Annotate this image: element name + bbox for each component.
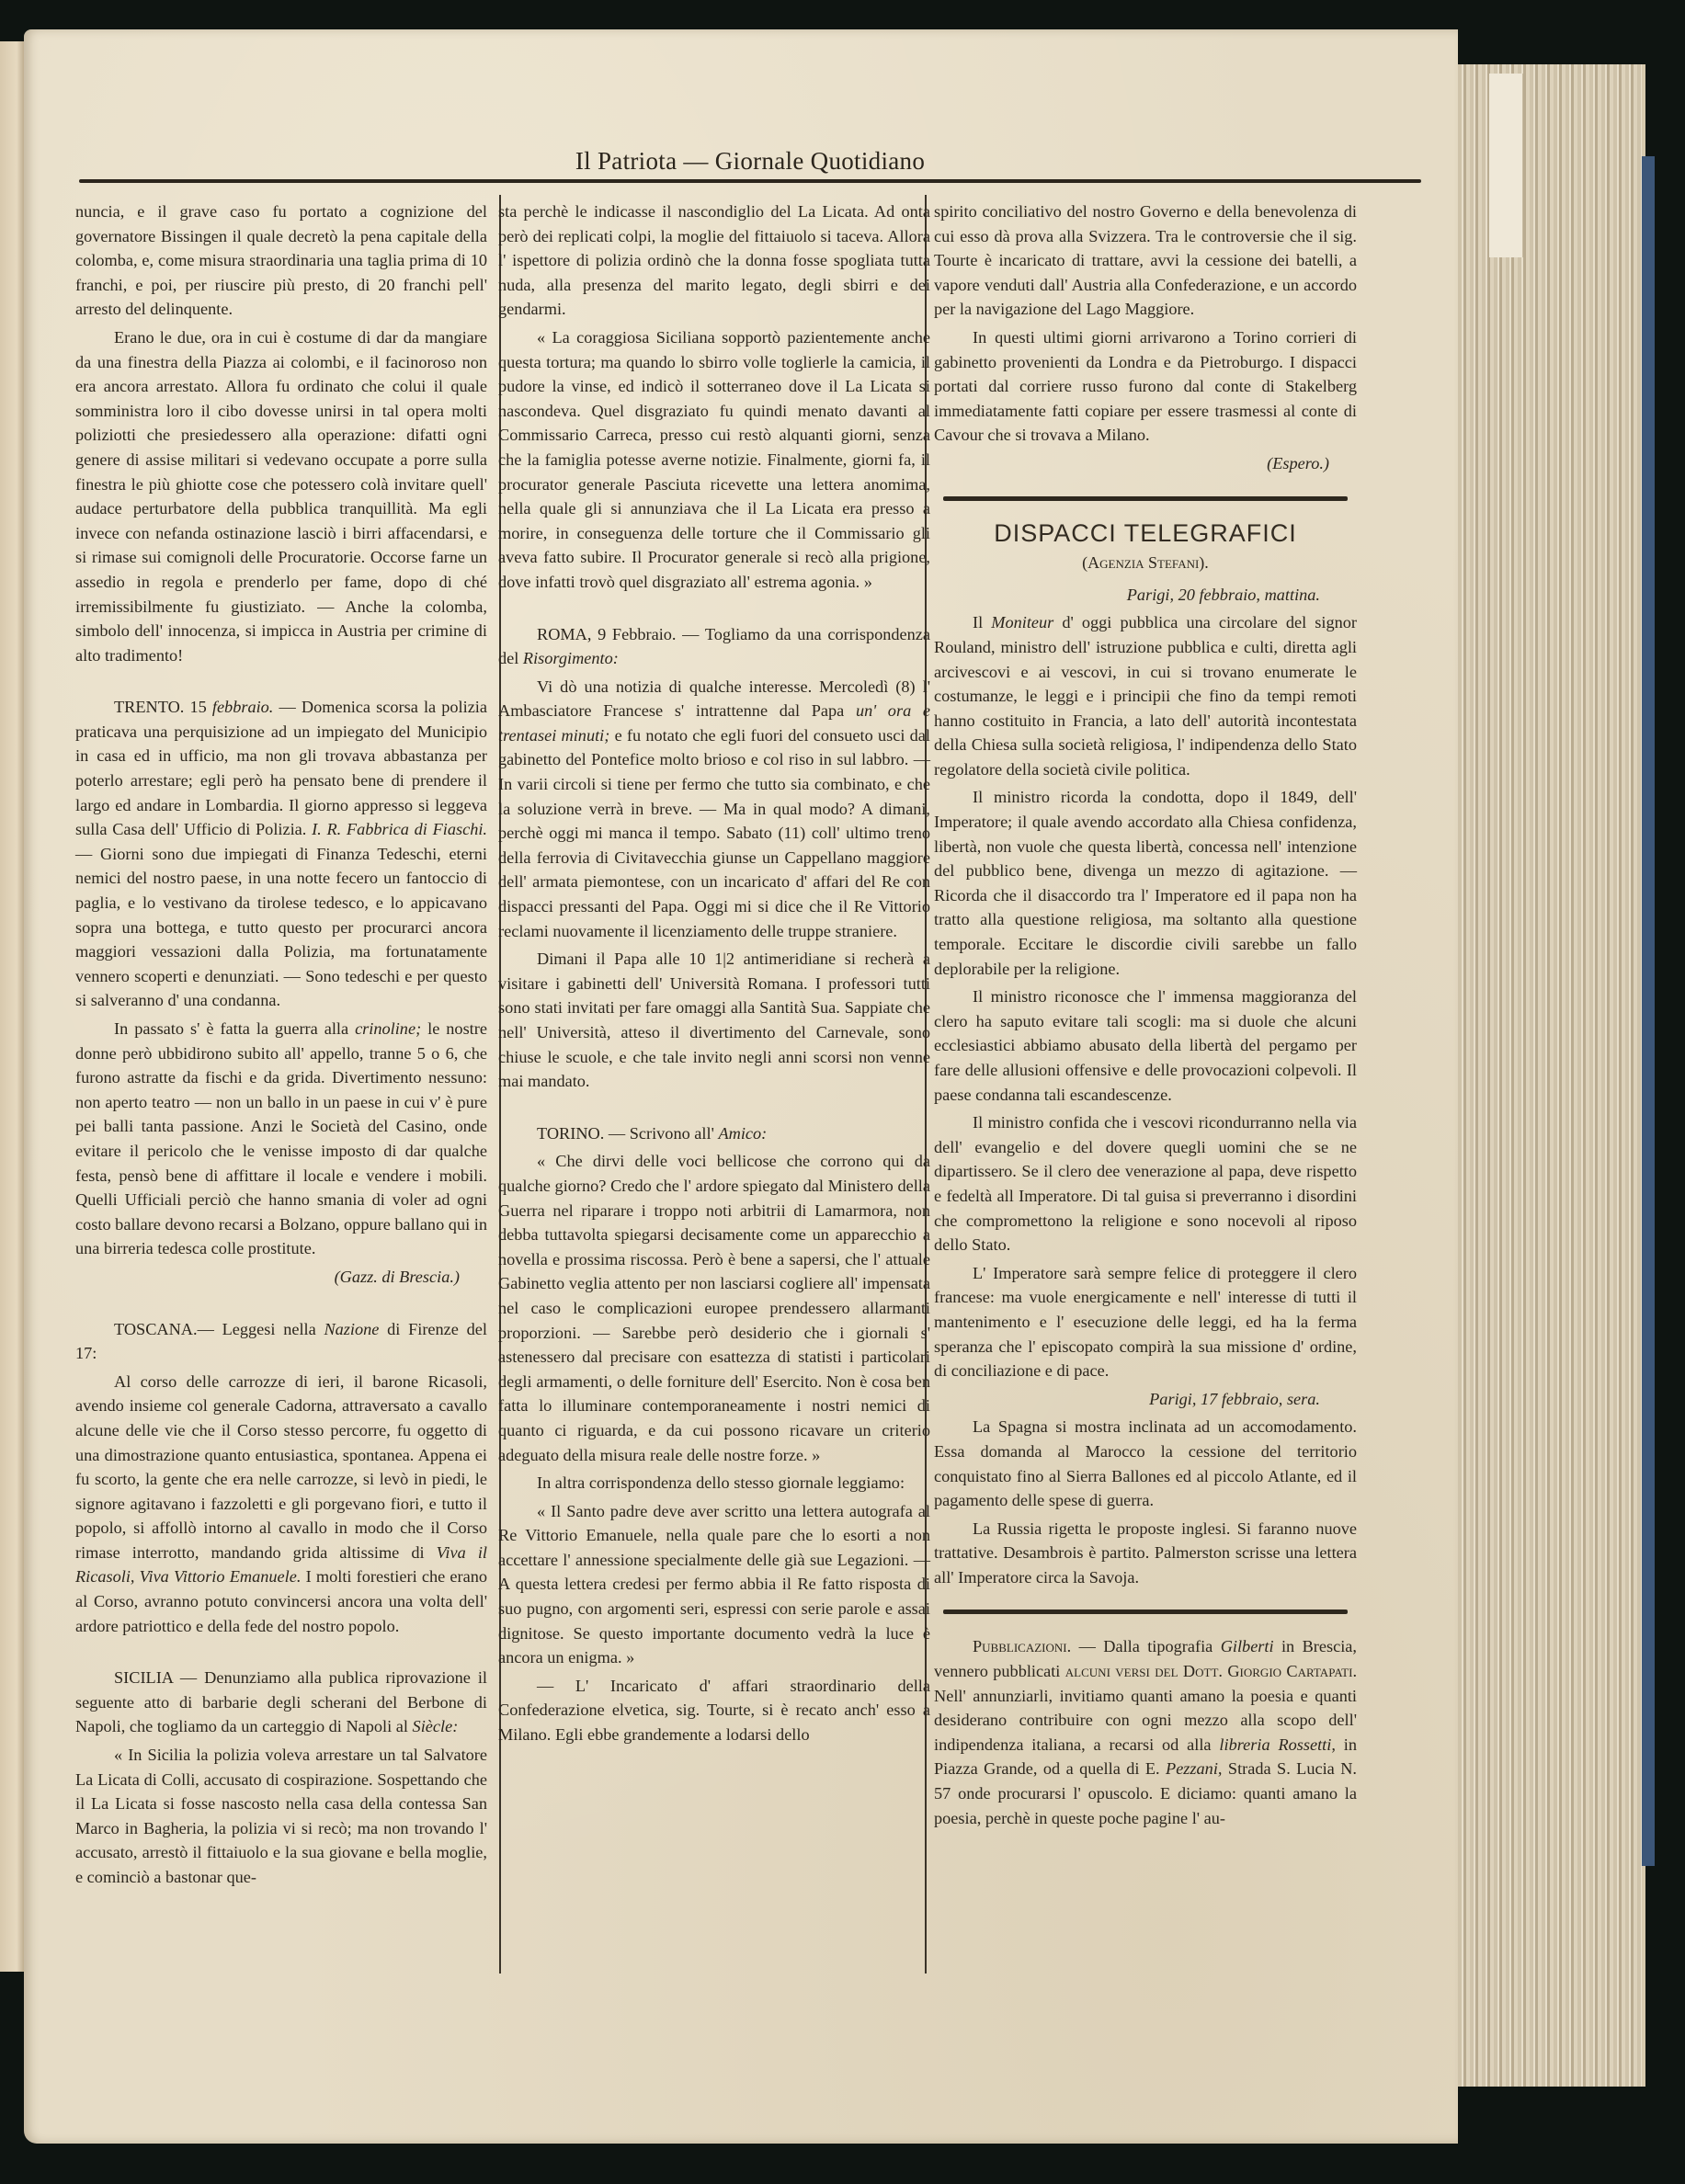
source-attribution: (Gazz. di Brescia.) [75,1265,487,1290]
sicilia-heading: SICILIA — Denunziamo alla publica riprov… [75,1666,487,1739]
facing-page-edge [0,41,26,1972]
column-3: spirito conciliativo del nostro Governo … [934,199,1357,1834]
roma-article: Vi dò una notizia di qualche interesse. … [498,675,930,944]
dispatch-paragraph: La Russia rigetta le proposte inglesi. S… [934,1517,1357,1590]
dispatch-paragraph: Il ministro confida che i vescovi ricond… [934,1110,1357,1257]
section-rule [943,496,1348,501]
torino-heading: TORINO. — Scrivono all' Amico: [498,1121,930,1146]
article-paragraph: nuncia, e il grave caso fu portato a cog… [75,199,487,322]
trento-heading: TRENTO. 15 [114,698,207,716]
article-paragraph: — L' Incaricato d' affari straordinario … [498,1674,930,1747]
article-paragraph: sta perchè le indicasse il nascondiglio … [498,199,930,322]
masthead: Il Patriota — Giornale Quotidiano [566,147,934,176]
agency-credit: (Agenzia Stefani). [934,551,1357,575]
dateline: Parigi, 20 febbraio, mattina. [934,583,1357,608]
column-2: sta perchè le indicasse il nascondiglio … [498,199,930,1751]
sicilia-article: « In Sicilia la polizia voleva arrestare… [75,1743,487,1890]
toscana-article: Al corso delle carrozze di ieri, il baro… [75,1370,487,1639]
article-paragraph: In questi ultimi giorni arrivarono a Tor… [934,325,1357,448]
section-title: DISPACCI TELEGRAFICI [934,521,1357,546]
trento-article: TRENTO. 15 febbraio. — Domenica scorsa l… [75,695,487,1013]
book-cover-edge [1642,156,1655,1866]
dispatch-paragraph: La Spagna si mostra inclinata ad un acco… [934,1415,1357,1512]
toscana-heading: TOSCANA.— Leggesi nella Nazione di Firen… [75,1317,487,1366]
article-paragraph: « Il Santo padre deve aver scritto una l… [498,1499,930,1670]
article-paragraph: Dimani il Papa alle 10 1|2 antimeridiane… [498,947,930,1094]
torino-article: « Che dirvi delle voci bellicose che cor… [498,1149,930,1467]
newspaper-page: Il Patriota — Giornale Quotidiano nuncia… [24,29,1458,2144]
article-paragraph: In passato s' è fatta la guerra alla cri… [75,1017,487,1261]
dispatch-paragraph: L' Imperatore sarà sempre felice di prot… [934,1261,1357,1383]
page-stack-edges [1458,64,1645,2087]
roma-heading: ROMA, 9 Febbraio. — Togliamo da una corr… [498,622,930,671]
dateline: Parigi, 17 febbraio, sera. [934,1387,1357,1412]
article-paragraph: In altra corrispondenza dello stesso gio… [498,1471,930,1496]
folded-page-corner [1489,74,1523,257]
publications-notice: Pubblicazioni. — Dalla tipografia Gilber… [934,1634,1357,1830]
column-1: nuncia, e il grave caso fu portato a cog… [75,199,487,1894]
section-rule [943,1610,1348,1614]
article-paragraph: Erano le due, ora in cui è costume di da… [75,325,487,667]
article-paragraph: spirito conciliativo del nostro Governo … [934,199,1357,322]
dispatch-paragraph: Il ministro ricorda la condotta, dopo il… [934,785,1357,981]
source-attribution: (Espero.) [934,451,1357,476]
dispatch-paragraph: Il ministro riconosce che l' immensa mag… [934,984,1357,1107]
article-paragraph: « La coraggiosa Siciliana sopportò pazie… [498,325,930,595]
header-rule [79,179,1421,183]
dispatch-paragraph: Il Moniteur d' oggi pubblica una circola… [934,610,1357,781]
